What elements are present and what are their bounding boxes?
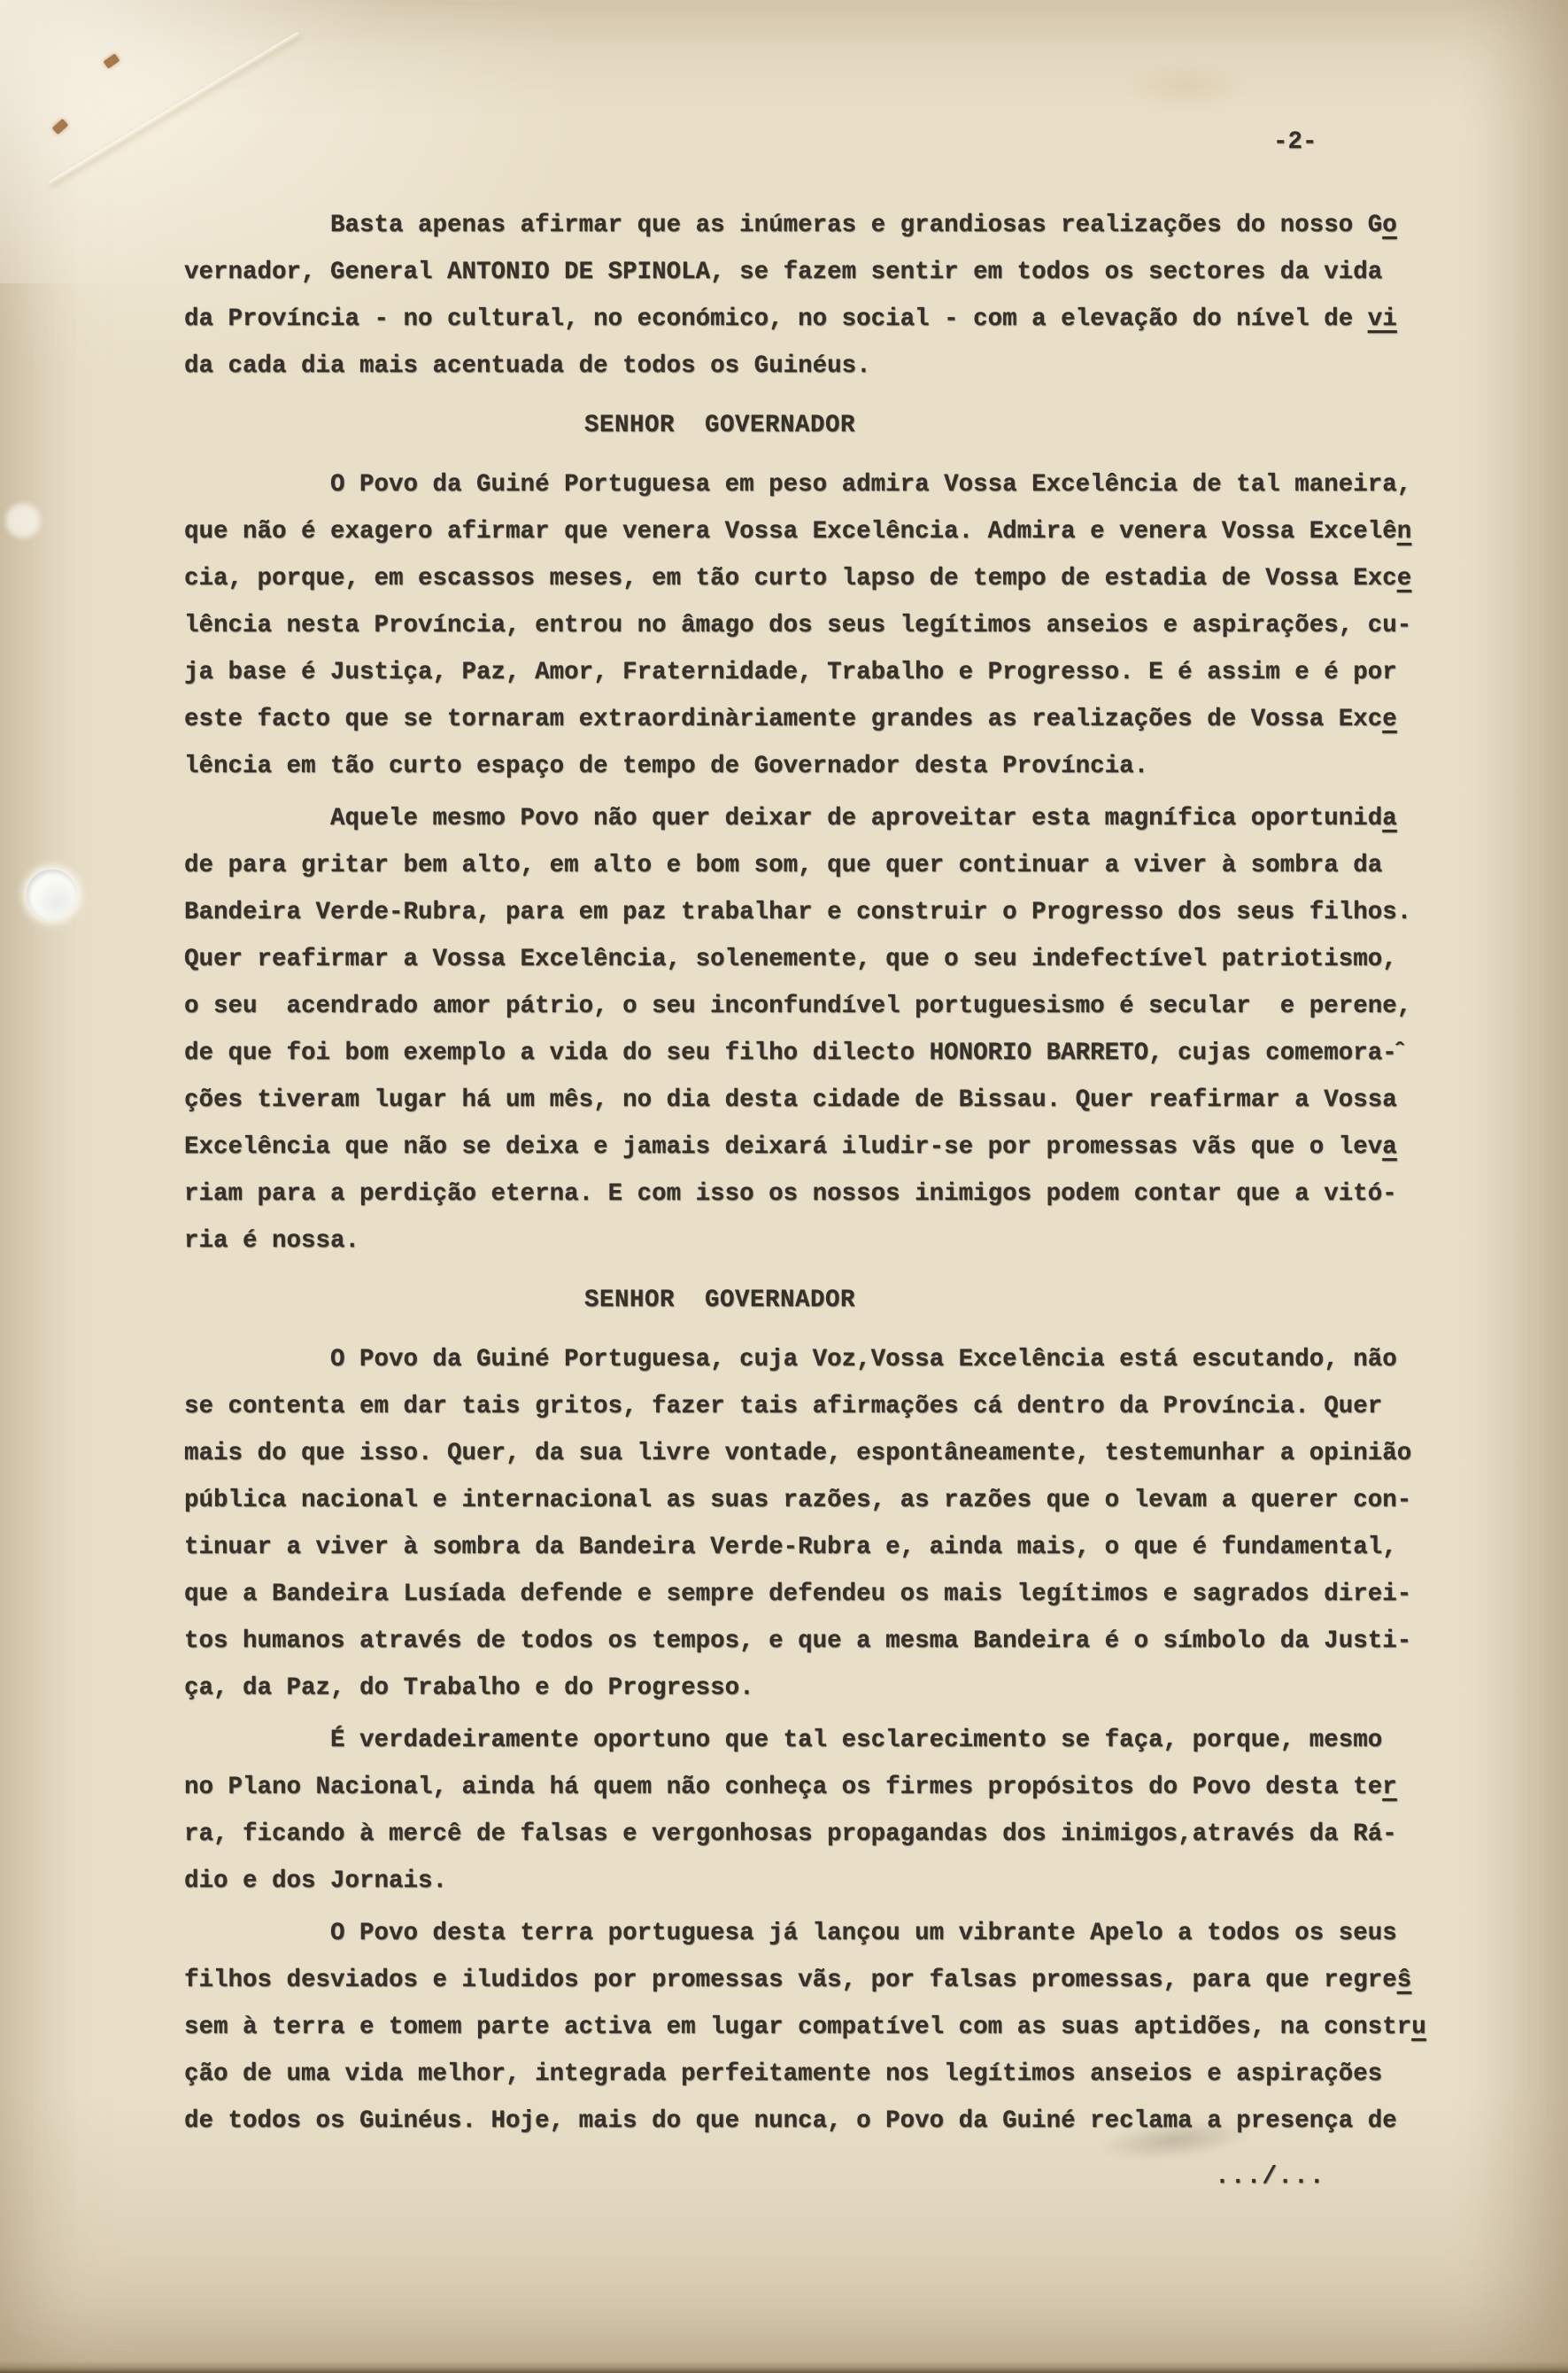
text-line: filhos desviados e iludidos por promessa… — [184, 1957, 1459, 2004]
text-line: O Povo da Guiné Portuguesa, cuja Voz,Vos… — [184, 1336, 1459, 1383]
text-line: Excelência que não se deixa e jamais dei… — [184, 1124, 1459, 1171]
text-line: ra, ficando à mercê de falsas e vergonho… — [184, 1811, 1459, 1858]
scanned-page: -2- Basta apenas afirmar que as inúmeras… — [0, 0, 1568, 2373]
page-bottom-edge — [0, 2361, 1568, 2373]
paragraph: O Povo da Guiné Portuguesa em peso admir… — [184, 461, 1459, 790]
text-line: mais do que isso. Quer, da sua livre von… — [184, 1430, 1459, 1477]
text-line: Bandeira Verde-Rubra, para em paz trabal… — [184, 889, 1459, 936]
text-line: que não é exagero afirmar que venera Vos… — [184, 508, 1459, 555]
text-line: da cada dia mais acentuada de todos os G… — [184, 343, 1459, 390]
text-line: Aquele mesmo Povo não quer deixar de apr… — [184, 795, 1459, 842]
section-heading: SENHOR GOVERNADOR — [184, 1277, 1459, 1324]
text-line: tos humanos através de todos os tempos, … — [184, 1618, 1459, 1665]
page-number: -2- — [1273, 119, 1317, 166]
text-line: sem à terra e tomem parte activa em luga… — [184, 2004, 1459, 2051]
paragraph: O Povo desta terra portuguesa já lançou … — [184, 1910, 1459, 2145]
paragraph: Basta apenas afirmar que as inúmeras e g… — [184, 202, 1459, 390]
text-line: cia, porque, em escassos meses, em tão c… — [184, 555, 1459, 602]
text-line: Quer reafirmar a Vossa Excelência, solen… — [184, 936, 1459, 983]
text-line: pública nacional e internacional as suas… — [184, 1477, 1459, 1524]
text-line: da Província - no cultural, no económico… — [184, 296, 1459, 343]
text-line: lência nesta Província, entrou no âmago … — [184, 602, 1459, 649]
paragraph: É verdadeiramente oportuno que tal escla… — [184, 1717, 1459, 1905]
text-line: riam para a perdição eterna. E com isso … — [184, 1171, 1459, 1217]
text-line: lência em tão curto espaço de tempo de G… — [184, 743, 1459, 790]
text-line: vernador, General ANTONIO DE SPINOLA, se… — [184, 249, 1459, 296]
document-body: Basta apenas afirmar que as inúmeras e g… — [184, 202, 1459, 2150]
text-line: tinuar a viver à sombra da Bandeira Verd… — [184, 1524, 1459, 1571]
paper-stain — [1124, 62, 1248, 111]
text-line: É verdadeiramente oportuno que tal escla… — [184, 1717, 1459, 1764]
text-line: se contenta em dar tais gritos, fazer ta… — [184, 1383, 1459, 1430]
text-line: ça, da Paz, do Trabalho e do Progresso. — [184, 1665, 1459, 1712]
text-line: ja base é Justiça, Paz, Amor, Fraternida… — [184, 649, 1459, 696]
text-line: ção de uma vida melhor, integrada perfei… — [184, 2051, 1459, 2098]
text-line: O Povo desta terra portuguesa já lançou … — [184, 1910, 1459, 1957]
text-line: O Povo da Guiné Portuguesa em peso admir… — [184, 461, 1459, 508]
text-line: no Plano Nacional, ainda há quem não con… — [184, 1764, 1459, 1811]
text-line: de todos os Guinéus. Hoje, mais do que n… — [184, 2098, 1459, 2145]
text-line: que a Bandeira Lusíada defende e sempre … — [184, 1571, 1459, 1618]
text-line: Basta apenas afirmar que as inúmeras e g… — [184, 202, 1459, 249]
staple-rust-mark — [104, 53, 120, 68]
crease-line — [48, 31, 300, 185]
continuation-mark: .../... — [1215, 2153, 1325, 2200]
paragraph: Aquele mesmo Povo não quer deixar de apr… — [184, 795, 1459, 1264]
text-line: este facto que se tornaram extraordinàri… — [184, 696, 1459, 743]
paragraph: O Povo da Guiné Portuguesa, cuja Voz,Vos… — [184, 1336, 1459, 1712]
text-line: ções tiveram lugar há um mês, no dia des… — [184, 1077, 1459, 1124]
text-line: ria é nossa. — [184, 1217, 1459, 1264]
text-line: de que foi bom exemplo a vida do seu fil… — [184, 1030, 1459, 1077]
section-heading: SENHOR GOVERNADOR — [184, 402, 1459, 449]
staple-rust-mark — [52, 119, 69, 135]
punch-hole — [27, 870, 77, 920]
text-line: o seu acendrado amor pátrio, o seu incon… — [184, 983, 1459, 1030]
text-line: dio e dos Jornais. — [184, 1858, 1459, 1905]
punch-hole — [4, 501, 42, 540]
text-line: de para gritar bem alto, em alto e bom s… — [184, 842, 1459, 889]
